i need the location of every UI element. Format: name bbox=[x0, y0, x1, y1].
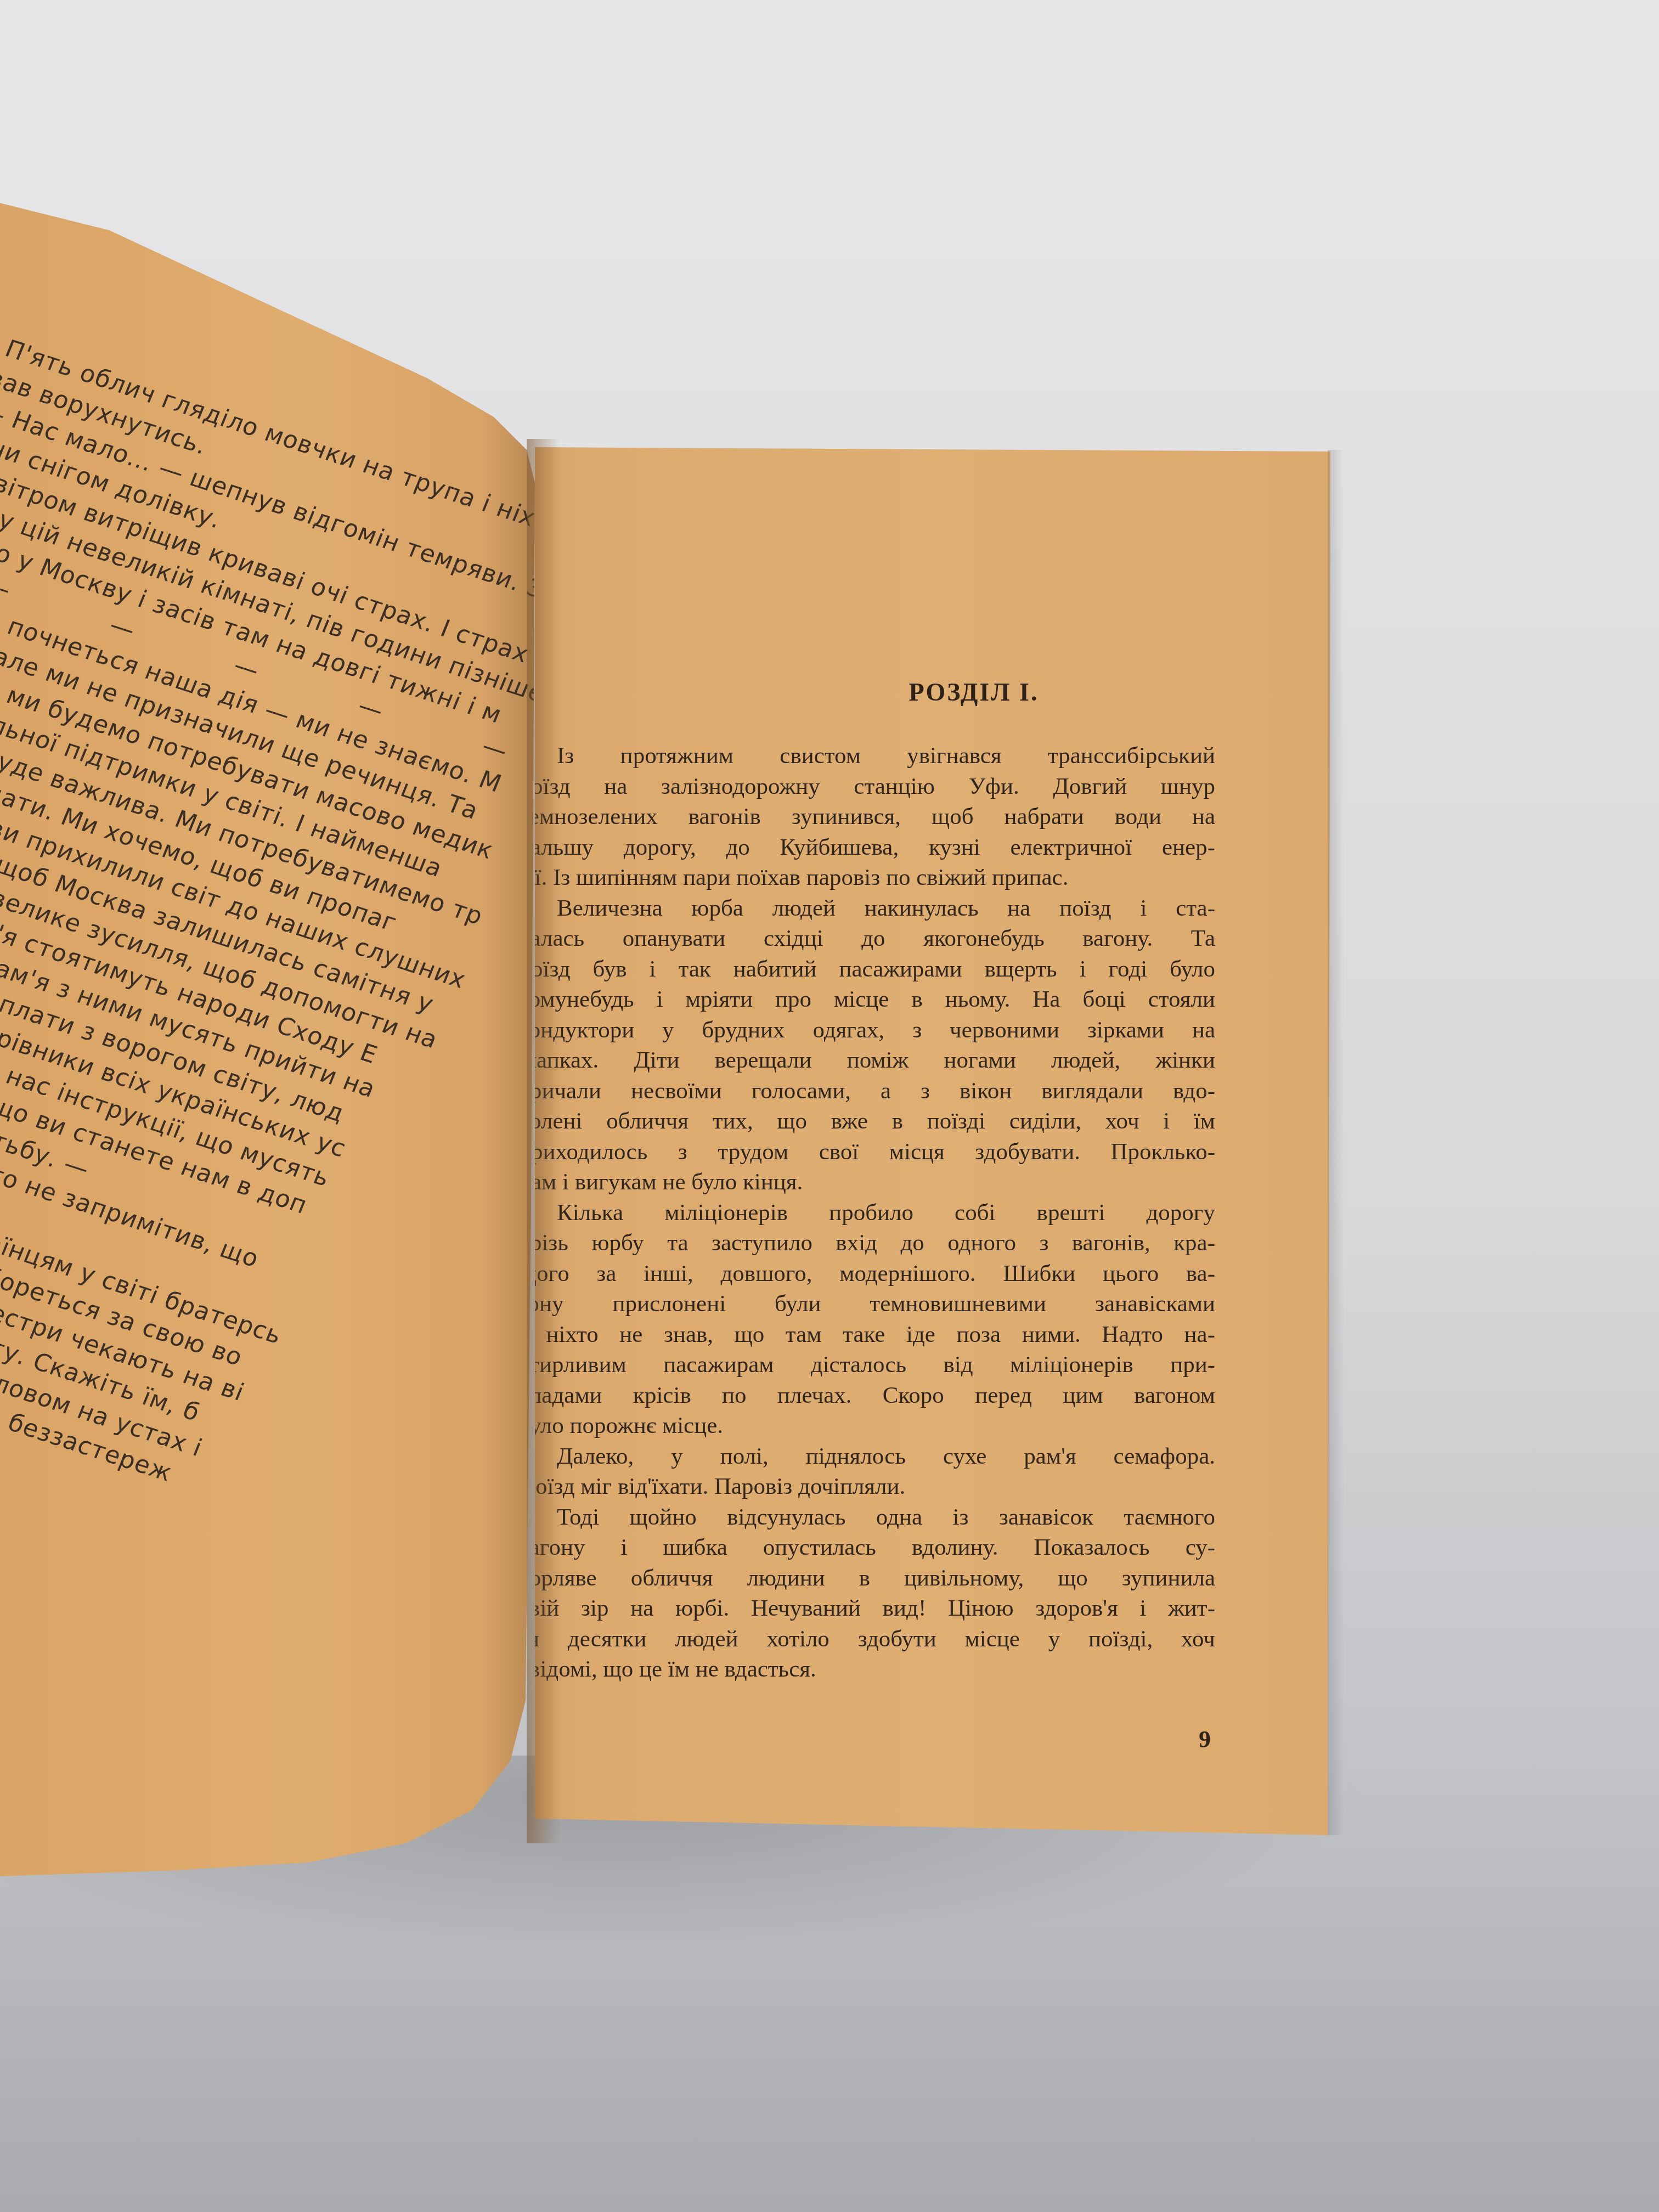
text-line: тя десятки людей хотіло здобути місце у … bbox=[535, 1624, 1215, 1655]
book-gutter-shadow bbox=[527, 439, 560, 1843]
text-line: гії. Із шипінням пари поїхав паровіз по … bbox=[535, 862, 1215, 893]
text-line: свій зір на юрбі. Нечуваний вид! Ціною з… bbox=[535, 1593, 1215, 1624]
text-line: свідомі, що це їм не вдасться. bbox=[535, 1654, 1215, 1685]
text-line: щого за інші, довшого, модернішого. Шибк… bbox=[535, 1259, 1215, 1289]
text-line: хорляве обличчя людини в цивільному, що … bbox=[535, 1563, 1215, 1594]
text-line: було порожнє місце. bbox=[535, 1410, 1215, 1441]
text-line: гону прислонені були темновишневими зана… bbox=[535, 1289, 1215, 1319]
text-line: ралась опанувати східці до якогонебудь в… bbox=[535, 923, 1215, 954]
text-line: волені обличчя тих, що вже в поїзді сиді… bbox=[535, 1106, 1215, 1137]
text-line: нам і вигукам не було кінця. bbox=[535, 1167, 1215, 1198]
text-line: приходилось з трудом свої місця здобуват… bbox=[535, 1137, 1215, 1167]
text-line: і ніхто не знав, що там таке іде поза ни… bbox=[535, 1319, 1215, 1350]
text-line: вагону і шибка опустилась вдолину. Показ… bbox=[535, 1532, 1215, 1563]
chapter-heading: РОЗДІЛ I. bbox=[535, 678, 1330, 707]
text-line: Далеко, у полі, піднялось сухе рам'я сем… bbox=[535, 1441, 1215, 1472]
text-line: Кілька міліціонерів пробило собі врешті … bbox=[535, 1198, 1215, 1228]
text-line: поїзд був і так набитий пасажирами вщерт… bbox=[535, 954, 1215, 985]
text-line: Поїзд міг від'їхати. Паровіз дочіпляли. bbox=[535, 1471, 1215, 1502]
text-line: комунебудь і мріяти про місце в ньому. Н… bbox=[535, 984, 1215, 1015]
right-page: РОЗДІЛ I. Із протяжним свистом увігнався… bbox=[535, 447, 1330, 1835]
left-page-text: П'ять облич глядiло мовчки на трупа і ні… bbox=[0, 307, 549, 1529]
text-line: дальшу дорогу, до Куйбишева, кузні елект… bbox=[535, 832, 1215, 863]
text-line: кладами крісів по плечах. Скоро перед ци… bbox=[535, 1380, 1215, 1411]
left-page: П'ять облич глядiло мовчки на трупа і ні… bbox=[0, 0, 549, 1887]
text-line: поїзд на залізнодорожну станцію Уфи. Дов… bbox=[535, 771, 1215, 802]
text-line: стирливим пасажирам дісталось від міліці… bbox=[535, 1350, 1215, 1380]
text-line: Тоді щойно відсунулась одна із занавісок… bbox=[535, 1502, 1215, 1533]
text-line: Із протяжним свистом увігнався транссибі… bbox=[535, 741, 1215, 771]
page-edge-shadow bbox=[1328, 450, 1344, 1835]
page-number: 9 bbox=[1199, 1725, 1211, 1753]
text-line: кричали несвоїми голосами, а з вікон виг… bbox=[535, 1076, 1215, 1107]
text-line: шапках. Діти верещали поміж ногами людей… bbox=[535, 1045, 1215, 1076]
text-line: темнозелених вагонів зупинився, щоб набр… bbox=[535, 802, 1215, 832]
text-line: кондуктори у брудних одягах, з червоними… bbox=[535, 1015, 1215, 1046]
text-line: Величезна юрба людей накинулась на поїзд… bbox=[535, 893, 1215, 924]
text-line: крізь юрбу та заступило вхід до одного з… bbox=[535, 1228, 1215, 1259]
right-page-text: Із протяжним свистом увігнався транссибі… bbox=[535, 741, 1215, 1685]
